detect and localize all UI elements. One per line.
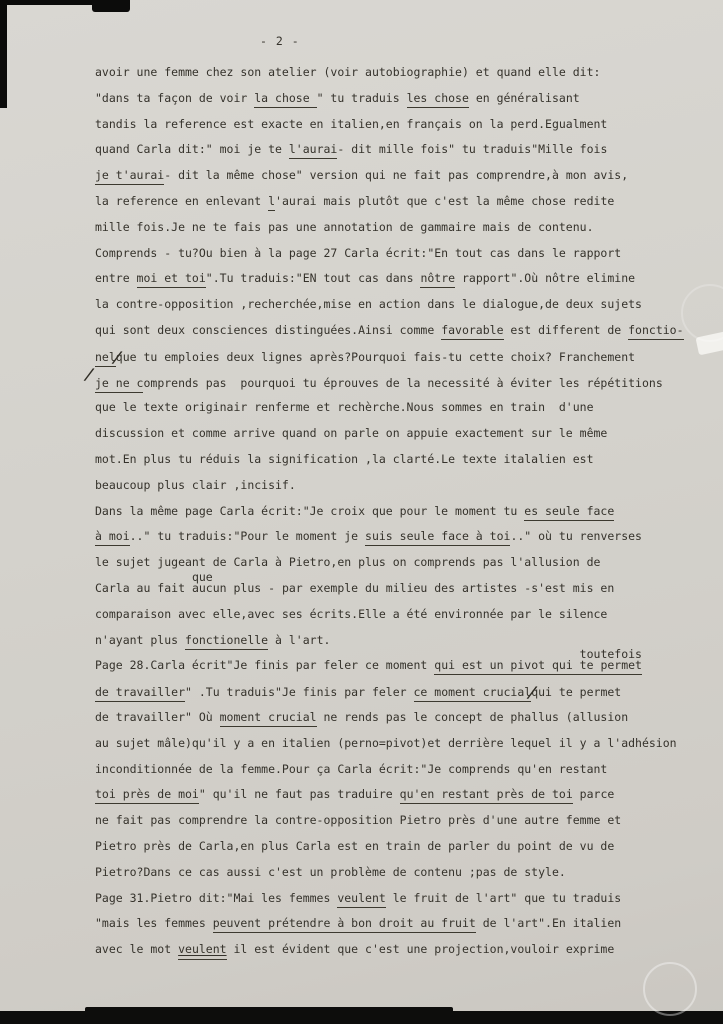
text-segment: quand Carla dit:" moi je te [95, 142, 289, 156]
text-line: Comprends - tu?Ou bien à la page 27 Carl… [95, 241, 711, 267]
text-line: tandis la reference est exacte en italie… [95, 112, 711, 138]
text-segment: "dans ta façon de voir [95, 91, 254, 105]
text-line: la contre-opposition ,recherchée,mise en… [95, 292, 711, 318]
text-line: Page 31.Pietro dit:"Mai les femmes veule… [95, 886, 711, 912]
underlined-text: toi près de moi [95, 787, 199, 804]
text-segment: comparaison avec elle,avec ses écrits.El… [95, 607, 607, 621]
text-segment: Pietro?Dans ce cas aussi c'est un problè… [95, 865, 566, 879]
text-segment: " .Tu traduis"Je finis par feler [185, 685, 413, 699]
text-line: Pietro près de Carla,en plus Carla est e… [95, 834, 711, 860]
text-segment: Page 31.Pietro dit:"Mai les femmes [95, 891, 337, 905]
text-segment: mille fois.Je ne te fais pas une annotat… [95, 220, 594, 234]
text-segment: Carla au fait [95, 581, 192, 595]
text-segment: - dit mille fois" tu traduis"Mille fois [337, 142, 607, 156]
text-segment: " tu traduis [317, 91, 407, 105]
paper-watermark-circle [643, 962, 697, 1016]
page-number: - 2 - [260, 34, 300, 48]
text-line: inconditionnée de la femme.Pour ça Carla… [95, 757, 711, 783]
text-line: Carla au fait queaucun plus - par exempl… [95, 576, 711, 602]
text-line: ne fait pas comprendre la contre-opposit… [95, 808, 711, 834]
text-segment: 'aurai mais plutôt que c'est la même cho… [275, 194, 614, 208]
text-segment: Pietro près de Carla,en plus Carla est e… [95, 839, 614, 853]
text-line: à moi.." tu traduis:"Pour le moment je s… [95, 524, 711, 550]
text-segment: que le texte originair renferme et rechè… [95, 400, 594, 414]
underlined-text: nôtre [420, 271, 455, 288]
scan-edge-top-notch [92, 0, 130, 12]
text-segment: omprends pas pourquoi tu éprouves de la … [143, 376, 662, 390]
text-line: qui sont deux consciences distinguées.Ai… [95, 318, 711, 344]
text-line: beaucoup plus clair ,incisif. [95, 473, 711, 499]
underlined-text: l [268, 194, 275, 211]
text-line: avec le mot veulent il est évident que c… [95, 937, 711, 963]
underlined-text: fonctio- [628, 323, 683, 340]
text-segment: ne fait pas comprendre la contre-opposit… [95, 813, 621, 827]
text-segment: Page 28.Carla écrit"Je finis par feler c… [95, 658, 434, 672]
underlined-text: peuvent prétendre à bon droit au fruit [213, 916, 476, 933]
document-text: avoir une femme chez son atelier (voir a… [95, 60, 711, 963]
underlined-text: je ne c [95, 376, 143, 393]
text-segment: inconditionnée de la femme.Pour ça Carla… [95, 762, 607, 776]
text-segment: il est évident que c'est une projection,… [227, 942, 615, 956]
underlined-text: moi et toi [137, 271, 206, 288]
text-line: /je ne comprends pas pourquoi tu éprouve… [95, 370, 711, 396]
text-segment: le sujet jugeant de Carla à Pietro,en pl… [95, 555, 600, 569]
text-segment: rapport".Où nôtre elimine [455, 271, 635, 285]
text-line: de travailler" .Tu traduis"Je finis par … [95, 679, 711, 705]
text-segment: de l'art".En italien [476, 916, 621, 930]
text-line: quand Carla dit:" moi je te l'aurai- dit… [95, 137, 711, 163]
double-underlined-text: veulent [178, 942, 226, 960]
text-line: au sujet mâle)qu'il y a en italien (pern… [95, 731, 711, 757]
text-segment: aucun plus - par exemple du milieu des a… [192, 581, 614, 595]
text-segment: le fruit de l'art" que tu traduis [386, 891, 621, 905]
text-segment: - dit la même chose" version qui ne fait… [164, 168, 628, 182]
text-line: mille fois.Je ne te fais pas une annotat… [95, 215, 711, 241]
text-line: je t'aurai- dit la même chose" version q… [95, 163, 711, 189]
underlined-text: je t'aurai [95, 168, 164, 185]
text-line: mot.En plus tu réduis la signification ,… [95, 447, 711, 473]
text-segment: est different de [504, 323, 629, 337]
underlined-text: l'aurai [289, 142, 337, 159]
text-segment: avec le mot [95, 942, 178, 956]
text-segment: Comprends - tu?Ou bien à la page 27 Carl… [95, 246, 621, 260]
text-line: Page 28.Carla écrit"Je finis par feler c… [95, 653, 711, 679]
underlined-text: suis seule face à toi [365, 529, 510, 546]
text-segment: la reference en enlevant [95, 194, 268, 208]
text-line: Dans la même page Carla écrit:"Je croix … [95, 499, 711, 525]
text-line: "dans ta façon de voir la chose " tu tra… [95, 86, 711, 112]
text-line: la reference en enlevant l'aurai mais pl… [95, 189, 711, 215]
underlined-text: moment crucial [220, 710, 317, 727]
insertion-slash-mark: / [81, 362, 86, 387]
text-segment: que tu emploies deux lignes après?Pourqu… [116, 350, 635, 364]
underlined-text: favorable [441, 323, 503, 340]
text-segment: " qu'il ne faut pas traduire [199, 787, 400, 801]
text-segment: qui te permet [531, 685, 621, 699]
text-segment: .." où tu renverses [510, 529, 642, 543]
text-segment: "mais les femmes [95, 916, 213, 930]
text-line: de travailler" Où moment crucial ne rend… [95, 705, 711, 731]
text-segment: Dans la même page Carla écrit:"Je croix … [95, 504, 524, 518]
text-segment: parce [573, 787, 615, 801]
underlined-text: veulent [337, 891, 385, 908]
text-segment: de travailler" Où [95, 710, 220, 724]
text-line: entre moi et toi".Tu traduis:"EN tout ca… [95, 266, 711, 292]
text-segment: avoir une femme chez son atelier (voir a… [95, 65, 600, 79]
underlined-text: fonctionelle [185, 633, 268, 650]
underlined-text: de travailler [95, 685, 185, 702]
text-line: le sujet jugeant de Carla à Pietro,en pl… [95, 550, 711, 576]
text-segment: beaucoup plus clair ,incisif. [95, 478, 296, 492]
text-line: Pietro?Dans ce cas aussi c'est un problè… [95, 860, 711, 886]
text-segment: la contre-opposition ,recherchée,mise en… [95, 297, 642, 311]
underlined-text: ce moment crucial [414, 685, 532, 702]
text-line: que le texte originair renferme et rechè… [95, 395, 711, 421]
text-segment: qui sont deux consciences distinguées.Ai… [95, 323, 441, 337]
underlined-text: qui est un pivot qui [434, 658, 579, 675]
text-segment: tandis la reference est exacte en italie… [95, 117, 607, 131]
text-line: "mais les femmes peuvent prétendre à bon… [95, 911, 711, 937]
text-segment: au sujet mâle)qu'il y a en italien (pern… [95, 736, 677, 750]
text-segment: ".Tu traduis:"EN tout cas dans [206, 271, 421, 285]
text-line: comparaison avec elle,avec ses écrits.El… [95, 602, 711, 628]
text-segment: ne rends pas le concept de phallus (allu… [317, 710, 629, 724]
text-line: toi près de moi" qu'il ne faut pas tradu… [95, 782, 711, 808]
text-segment: en généralisant [469, 91, 580, 105]
underlined-text: les chose [407, 91, 469, 108]
scan-edge-left [0, 0, 7, 108]
text-segment: .." tu traduis:"Pour le moment je [130, 529, 365, 543]
scan-edge-bottom-blob [85, 1007, 453, 1017]
underlined-text: es seule face [524, 504, 614, 521]
text-line: avoir une femme chez son atelier (voir a… [95, 60, 711, 86]
underlined-text: la chose [254, 91, 316, 108]
text-segment: à l'art. [268, 633, 330, 647]
underlined-text: qu'en restant près de toi [400, 787, 573, 804]
text-line: nel/que tu emploies deux lignes après?Po… [95, 344, 711, 370]
text-segment: discussion et comme arrive quand on parl… [95, 426, 607, 440]
text-segment: n'ayant plus [95, 633, 185, 647]
scanned-document-page: - 2 - avoir une femme chez son atelier (… [0, 0, 723, 1024]
text-line: discussion et comme arrive quand on parl… [95, 421, 711, 447]
underlined-text: à moi [95, 529, 130, 546]
text-segment: mot.En plus tu réduis la signification ,… [95, 452, 594, 466]
text-segment: entre [95, 271, 137, 285]
